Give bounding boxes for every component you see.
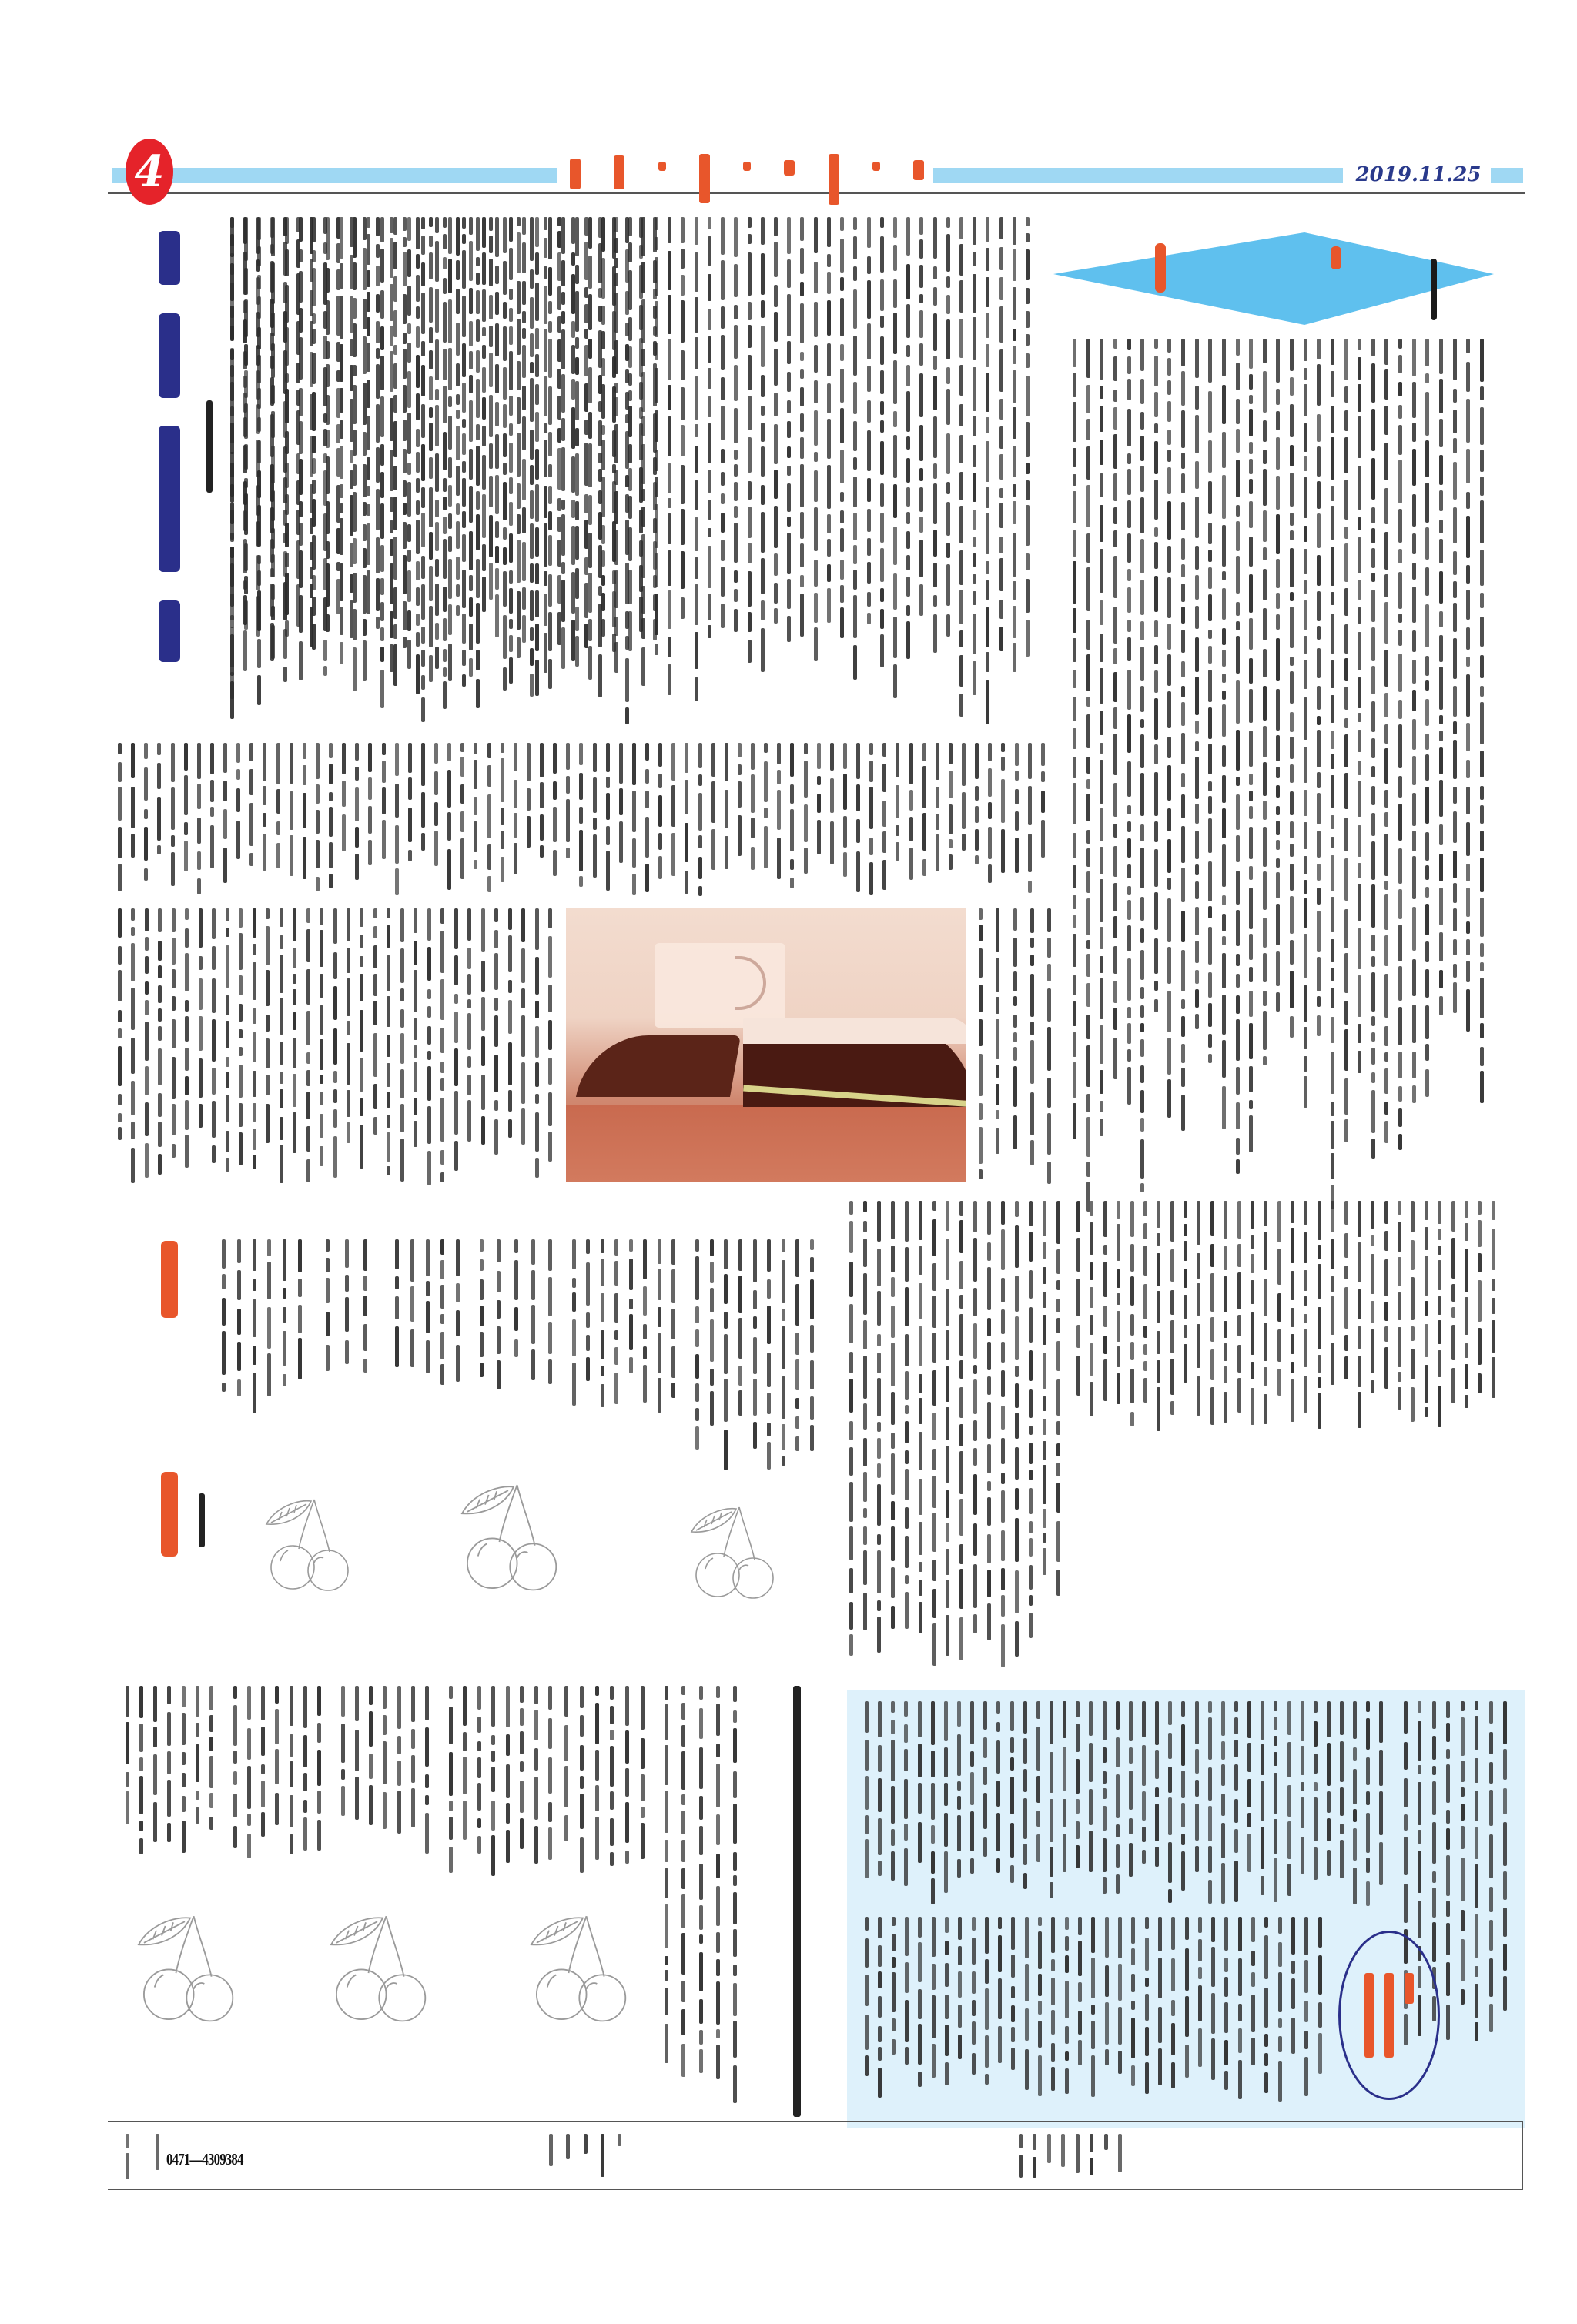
text-line [917, 217, 926, 725]
text-line [357, 908, 366, 1185]
text-line [559, 217, 568, 725]
text-line [1369, 339, 1378, 1224]
text-line [445, 743, 454, 897]
text-line [1274, 339, 1282, 1224]
text-line [419, 743, 427, 897]
text-line [861, 1201, 869, 1678]
text-line [639, 217, 648, 725]
text-line [301, 1686, 310, 1863]
text-line [851, 217, 859, 725]
stamp-glyph [1364, 1973, 1374, 2058]
text-line [1458, 1701, 1467, 2086]
text-line [1289, 1917, 1297, 2102]
text-line [1382, 1201, 1391, 1432]
text-line [815, 743, 823, 897]
text-line [841, 743, 849, 897]
text-line [862, 1701, 871, 1909]
text-line [273, 1686, 281, 1863]
text-line [627, 1239, 635, 1416]
text-line [1127, 1701, 1135, 1909]
poem-text-5 [570, 1239, 678, 1416]
text-line [788, 743, 796, 897]
poem-text-11 [562, 1686, 647, 1878]
text-line [260, 743, 269, 897]
article-text-center-right [976, 908, 1053, 1201]
text-line [1395, 1201, 1404, 1432]
text-line [867, 743, 876, 897]
text-line [970, 217, 979, 725]
text-line [994, 1701, 1003, 1909]
text-line [679, 1686, 688, 2117]
text-line [1016, 2134, 1025, 2180]
text-line [1152, 339, 1160, 1224]
text-line [1232, 1701, 1241, 1909]
text-line [696, 743, 705, 897]
masthead-glyph [658, 162, 666, 171]
text-line [1475, 1201, 1484, 1432]
info-stamp-circle [1338, 1931, 1440, 2100]
text-line [123, 2134, 132, 2180]
text-line [944, 217, 953, 725]
text-line [1030, 2134, 1039, 2180]
article-text-lower-center [847, 1201, 1063, 1678]
text-line [532, 1686, 541, 1878]
text-line [1153, 1701, 1161, 1909]
text-line [697, 1686, 705, 2117]
info-box-text-bottom [862, 1917, 1324, 2102]
text-line [1275, 1201, 1284, 1432]
text-line [669, 743, 678, 897]
text-line [1060, 1701, 1069, 1909]
text-line [551, 743, 559, 897]
text-line [340, 743, 348, 897]
poem-text-8 [231, 1686, 323, 1863]
page-number-badge: 4 [126, 139, 173, 205]
text-line [993, 908, 1002, 1201]
text-line [1036, 1917, 1044, 2102]
text-line [1208, 1201, 1217, 1432]
text-line [454, 1239, 462, 1393]
text-line [1235, 1201, 1244, 1432]
text-line [547, 2134, 555, 2180]
text-line [250, 908, 259, 1185]
text-line [485, 743, 494, 897]
text-line [1125, 339, 1133, 1224]
text-line [929, 1701, 937, 1909]
text-line [371, 908, 380, 1185]
text-line [1008, 1701, 1016, 1909]
poem-text-2 [323, 1239, 370, 1409]
text-line [1219, 1701, 1227, 1909]
text-line [1166, 1701, 1174, 1909]
text-line [398, 908, 407, 1185]
text-line [498, 743, 507, 897]
text-line [265, 1239, 273, 1424]
text-line [656, 743, 665, 897]
text-line [732, 217, 740, 725]
text-line [1315, 1201, 1324, 1432]
banner-title-glyph-a [1155, 243, 1166, 293]
text-line [968, 1701, 976, 1909]
masthead-glyph [784, 160, 795, 176]
text-line [564, 743, 572, 897]
text-line [802, 743, 810, 897]
text-line [1351, 1701, 1359, 1909]
text-line [156, 908, 164, 1185]
text-line [208, 743, 216, 897]
text-line [151, 1686, 159, 1863]
text-line [546, 908, 554, 1185]
text-line [878, 217, 886, 725]
text-line [1179, 1701, 1187, 1909]
text-line [955, 1701, 963, 1909]
header-bar-left [112, 168, 557, 183]
text-line [477, 1239, 486, 1393]
text-line [581, 2134, 590, 2180]
text-line [916, 1917, 924, 2102]
text-line [1444, 1701, 1452, 2086]
text-line [946, 743, 955, 897]
cherry-illustration [524, 1909, 631, 2025]
text-line [1222, 1917, 1230, 2102]
text-line [1209, 1917, 1217, 2102]
text-line [1021, 1701, 1030, 1909]
text-line [1141, 1201, 1150, 1432]
text-line [902, 1701, 910, 1909]
text-line [1102, 2134, 1110, 2180]
text-line [1236, 1917, 1244, 2102]
text-line [546, 1686, 554, 1878]
text-line [889, 1201, 897, 1678]
text-line [1183, 1917, 1191, 2102]
text-line [1063, 1917, 1071, 2102]
text-line [669, 1239, 678, 1416]
text-line [718, 217, 727, 725]
text-line [326, 743, 335, 897]
text-line [931, 217, 939, 725]
text-line [241, 217, 249, 725]
text-line [393, 743, 401, 897]
text-line [287, 1686, 296, 1863]
text-line [493, 217, 501, 725]
poem-source-line [793, 1686, 801, 2117]
masthead-glyph [570, 159, 581, 189]
text-line [916, 1201, 925, 1678]
footer-box [108, 2121, 1523, 2190]
text-line [943, 1917, 951, 2102]
text-line [1262, 1917, 1271, 2102]
text-line [447, 1686, 455, 1878]
text-line [705, 217, 714, 725]
text-line [929, 1917, 938, 2102]
text-line [137, 1686, 146, 1863]
text-line [1097, 339, 1106, 1224]
text-line [682, 743, 691, 897]
text-line [1193, 339, 1201, 1224]
text-line [343, 1239, 351, 1409]
text-line [983, 217, 992, 725]
text-line [1179, 339, 1187, 1224]
text-line [617, 743, 625, 897]
text-line [1116, 1917, 1124, 2102]
text-line [1070, 339, 1079, 1224]
text-line [570, 1239, 578, 1416]
masthead-glyph [829, 154, 839, 205]
text-line [564, 2134, 572, 2180]
masthead-glyph [913, 160, 924, 180]
cherry-illustration [685, 1501, 778, 1601]
text-line [1248, 1201, 1257, 1432]
text-line [751, 1239, 759, 1470]
text-line [1423, 339, 1431, 1224]
text-line [400, 217, 409, 725]
poem-text-10 [447, 1686, 554, 1878]
cherry-illustration [260, 1493, 353, 1593]
text-line [1489, 1201, 1498, 1432]
text-line [231, 1686, 239, 1863]
text-line [1086, 1701, 1095, 1909]
text-line [353, 743, 361, 897]
text-line [608, 1686, 616, 1878]
text-line [996, 1917, 1004, 2102]
text-line [1338, 1701, 1346, 1909]
text-line [785, 217, 793, 725]
text-line [321, 217, 330, 725]
text-line [562, 1686, 571, 1878]
text-line [1258, 1701, 1267, 1909]
text-line [193, 1686, 202, 1863]
text-line [825, 217, 833, 725]
text-line [395, 1686, 403, 1855]
text-line [1328, 1201, 1337, 1432]
text-line [182, 743, 190, 897]
text-line [1478, 339, 1486, 1224]
text-line [1111, 339, 1120, 1224]
text-line [425, 908, 434, 1185]
text-line [1013, 743, 1021, 897]
text-line [847, 1201, 855, 1678]
text-line [1194, 1201, 1203, 1432]
text-line [489, 1686, 497, 1878]
text-line [584, 1239, 592, 1416]
text-line [1026, 743, 1034, 897]
text-line [793, 1239, 802, 1470]
poem-text-4 [477, 1239, 554, 1393]
masthead-glyph [614, 155, 624, 189]
text-line [182, 908, 191, 1185]
book-photo [566, 908, 966, 1182]
text-line [959, 743, 968, 897]
text-line [438, 908, 447, 1185]
text-line [245, 1686, 253, 1863]
text-line [876, 1917, 884, 2102]
text-line [662, 1686, 671, 2117]
info-box-text-top [862, 1701, 1386, 1909]
text-line [714, 1686, 722, 2117]
text-line [384, 908, 393, 1185]
text-line [1129, 1917, 1137, 2102]
text-line [406, 743, 414, 897]
text-line [1247, 339, 1255, 1224]
text-line [427, 217, 435, 725]
text-line [957, 217, 966, 725]
text-line [116, 908, 124, 1185]
poem-text-1 [219, 1239, 304, 1424]
text-line [179, 1686, 188, 1863]
text-line [533, 217, 541, 725]
text-line [1206, 1701, 1214, 1909]
text-line [1049, 1917, 1057, 2102]
text-line [169, 743, 177, 897]
text-line [1023, 217, 1032, 725]
text-line [893, 743, 902, 897]
text-line [969, 1917, 978, 2102]
text-line [529, 1239, 537, 1393]
text-line [1301, 339, 1310, 1224]
text-line [1140, 1701, 1148, 1909]
text-line [1302, 1917, 1311, 2102]
text-line [709, 743, 718, 897]
text-line [1287, 339, 1296, 1224]
text-line [997, 217, 1006, 725]
text-line [480, 217, 488, 725]
text-line [748, 743, 757, 897]
text-line [1328, 339, 1337, 1224]
text-line [598, 2134, 607, 2180]
text-line [1045, 2134, 1053, 2180]
text-line [1116, 2134, 1124, 2180]
text-line [891, 217, 899, 725]
text-line [440, 217, 449, 725]
text-line [1143, 1917, 1151, 2102]
text-line [465, 908, 474, 1185]
text-line [1181, 1201, 1190, 1432]
text-line [981, 1701, 989, 1909]
text-line [1023, 1917, 1031, 2102]
text-line [1100, 1701, 1109, 1909]
text-line [736, 1239, 745, 1470]
text-line [296, 1239, 304, 1424]
text-line [347, 217, 356, 725]
text-line [808, 1239, 816, 1470]
text-line [234, 743, 243, 897]
text-line [902, 1201, 911, 1678]
text-line [219, 1239, 228, 1424]
text-line [1462, 1201, 1471, 1432]
text-line [1487, 1701, 1495, 2086]
text-line [475, 1686, 484, 1878]
text-line [1009, 1917, 1017, 2102]
text-line [1221, 1201, 1230, 1432]
text-line [577, 743, 585, 897]
text-line [1301, 1201, 1310, 1432]
text-line [591, 743, 599, 897]
footer-text-staff [1016, 2134, 1124, 2180]
text-line [507, 217, 515, 725]
text-line [294, 217, 303, 725]
text-line [876, 1701, 884, 1909]
text-line [1298, 1701, 1307, 1909]
text-line [1396, 339, 1405, 1224]
article-text-top-left-b [228, 217, 1033, 725]
cherry-illustration [323, 1909, 431, 2025]
stamp-glyph [1405, 1973, 1414, 2004]
text-line [287, 743, 296, 897]
text-line [604, 743, 612, 897]
text-line [1276, 1917, 1284, 2102]
article-label [1431, 259, 1437, 320]
text-line [772, 217, 780, 725]
text-line [880, 743, 889, 897]
text-line [142, 908, 151, 1185]
text-line [492, 908, 501, 1185]
text-line [517, 1686, 526, 1878]
text-line [693, 1239, 701, 1470]
essay-author [206, 400, 213, 493]
text-line [1045, 908, 1053, 1201]
poem-text-12 [662, 1686, 739, 2117]
text-line [373, 217, 382, 725]
text-line [254, 217, 263, 725]
text-line [1311, 1701, 1320, 1909]
text-line [1073, 2134, 1082, 2180]
text-line [957, 1201, 966, 1678]
text-line [409, 1686, 417, 1855]
text-line [290, 908, 299, 1185]
text-line [1261, 1201, 1270, 1432]
text-line [460, 1686, 469, 1878]
text-line [223, 908, 232, 1185]
text-line [1010, 217, 1019, 725]
text-line [1087, 1201, 1096, 1432]
text-line [268, 217, 276, 725]
masthead-title [570, 151, 924, 206]
text-line [235, 1239, 243, 1424]
text-line [153, 2134, 162, 2180]
text-line [985, 1201, 993, 1678]
text-line [956, 1917, 964, 2102]
text-line [943, 1201, 952, 1678]
text-line [999, 743, 1007, 897]
text-line [274, 743, 283, 897]
poem-text-9 [339, 1686, 431, 1855]
text-line [195, 743, 203, 897]
text-line [520, 217, 528, 725]
text-line [1501, 1701, 1509, 2086]
text-line [1113, 1701, 1122, 1909]
text-line [432, 743, 440, 897]
poem-text-7 [123, 1686, 216, 1863]
text-line [722, 743, 731, 897]
text-line [414, 217, 422, 725]
text-line [1138, 339, 1147, 1224]
text-line [1382, 339, 1391, 1224]
text-line [361, 1239, 370, 1409]
article-text-center-left [116, 908, 554, 1185]
text-line [1168, 1201, 1177, 1432]
text-line [745, 217, 754, 725]
text-line [236, 908, 245, 1185]
text-line [598, 1239, 607, 1416]
text-line [221, 743, 229, 897]
text-line [546, 1239, 554, 1393]
text-line [722, 1239, 730, 1470]
article-text-top-right [1070, 339, 1486, 1224]
text-line [612, 217, 621, 725]
text-line [323, 1239, 332, 1409]
header-bar-right [933, 168, 1343, 183]
text-line [875, 1201, 883, 1678]
